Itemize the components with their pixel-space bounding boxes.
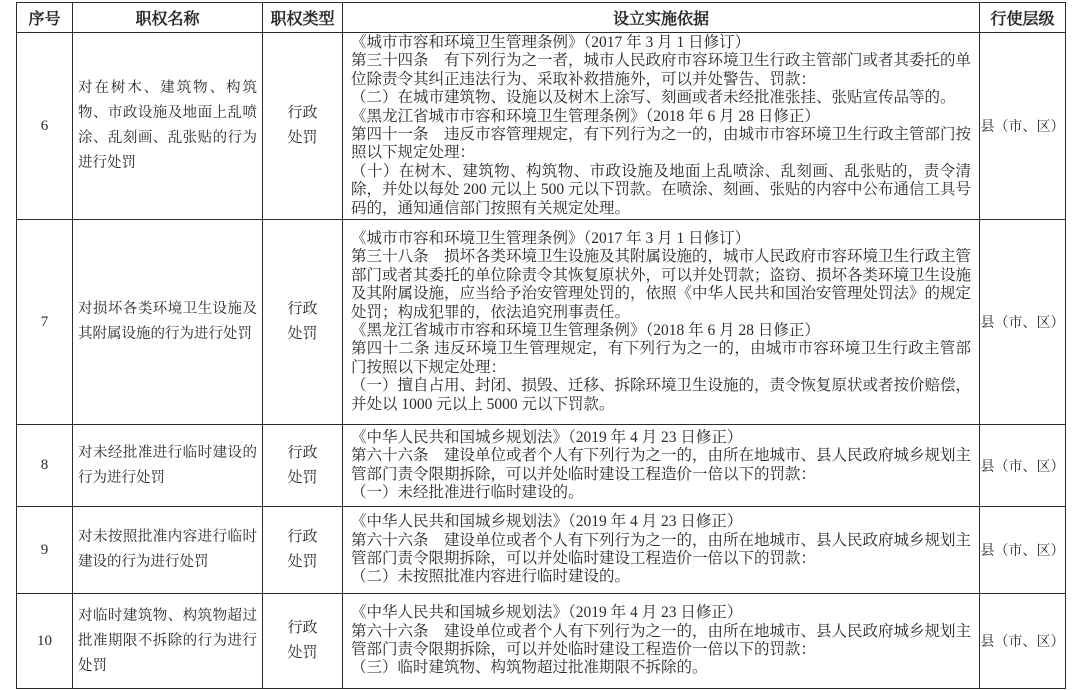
seq-cell: 9 [17,507,73,594]
document-page: 序号 职权名称 职权类型 设立实施依据 行使层级 6对在树木、建筑物、构筑物、市… [0,0,1080,689]
basis-line: （二）在城市建筑物、设施以及树木上涂写、刻画或者未经批准张挂、张贴宣传品等的。 [351,89,971,107]
type-cell: 行政处罚 [263,507,343,594]
table-row: 6对在树木、建筑物、构筑物、市政设施及地面上乱喷涂、乱刻画、乱张贴的行为进行处罚… [17,33,1066,220]
type-cell: 行政处罚 [263,220,343,425]
type-line: 行政 [263,441,342,466]
basis-line: （一）擅自占用、封闭、损毁、迁移、拆除环境卫生设施的，责令恢复原状或者按价赔偿，… [351,377,971,414]
basis-line: 《中华人民共和国城乡规划法》（2019 年 4 月 23 日修正） [351,513,971,531]
table-body: 6对在树木、建筑物、构筑物、市政设施及地面上乱喷涂、乱刻画、乱张贴的行为进行处罚… [17,33,1066,689]
basis-line: 第六十六条 建设单位或者个人有下列行为之一的，由所在地城市、县人民政府城乡规划主… [351,532,971,569]
header-row: 序号 职权名称 职权类型 设立实施依据 行使层级 [17,3,1066,33]
level-cell: 县（市、区） [980,220,1066,425]
table-row: 9对未按照批准内容进行临时建设的行为进行处罚行政处罚《中华人民共和国城乡规划法》… [17,507,1066,594]
table-row: 7对损坏各类环境卫生设施及其附属设施的行为进行处罚行政处罚《城市市容和环境卫生管… [17,220,1066,425]
basis-line: （一）未经批准进行临时建设的。 [351,484,971,502]
basis-line: （二）未按照批准内容进行临时建设的。 [351,568,971,586]
basis-line: 《黑龙江省城市市容和环境卫生管理条例》（2018 年 6 月 28 日修正） [351,322,971,340]
basis-cell: 《中华人民共和国城乡规划法》（2019 年 4 月 23 日修正）第六十六条 建… [343,507,980,594]
basis-line: 第四十二条 违反环境卫生管理规定，有下列行为之一的，由城市市容环境卫生行政主管部… [351,340,971,377]
name-cell: 对未按照批准内容进行临时建设的行为进行处罚 [73,507,263,594]
col-header-name: 职权名称 [73,3,263,33]
basis-line: （十）在树木、建筑物、构筑物、市政设施及地面上乱喷涂、乱刻画、乱张贴的，责令清除… [351,163,971,218]
level-cell: 县（市、区） [980,594,1066,689]
type-line: 行政 [263,616,342,641]
basis-cell: 《中华人民共和国城乡规划法》（2019 年 4 月 23 日修正）第六十六条 建… [343,594,980,689]
basis-line: 《城市市容和环境卫生管理条例》（2017 年 3 月 1 日修订） [351,230,971,248]
level-cell: 县（市、区） [980,425,1066,507]
basis-cell: 《中华人民共和国城乡规划法》（2019 年 4 月 23 日修正）第六十六条 建… [343,425,980,507]
type-line: 处罚 [263,550,342,575]
type-cell: 行政处罚 [263,33,343,220]
name-cell: 对未经批准进行临时建设的行为进行处罚 [73,425,263,507]
basis-line: 第三十四条 有下列行为之一者，城市人民政府市容环境卫生行政主管部门或者其委托的单… [351,52,971,89]
type-line: 行政 [263,101,342,126]
seq-cell: 7 [17,220,73,425]
col-header-basis: 设立实施依据 [343,3,980,33]
basis-cell: 《城市市容和环境卫生管理条例》（2017 年 3 月 1 日修订）第三十四条 有… [343,33,980,220]
type-line: 处罚 [263,126,342,151]
basis-line: （三）临时建筑物、构筑物超过批准期限不拆除的。 [351,659,971,677]
table-row: 8对未经批准进行临时建设的行为进行处罚行政处罚《中华人民共和国城乡规划法》（20… [17,425,1066,507]
type-line: 行政 [263,297,342,322]
basis-line: 《黑龙江省城市市容和环境卫生管理条例》（2018 年 6 月 28 日修正） [351,108,971,126]
level-cell: 县（市、区） [980,507,1066,594]
seq-cell: 10 [17,594,73,689]
table-row: 10对临时建筑物、构筑物超过批准期限不拆除的行为进行处罚行政处罚《中华人民共和国… [17,594,1066,689]
basis-line: 《城市市容和环境卫生管理条例》（2017 年 3 月 1 日修订） [351,34,971,52]
name-cell: 对临时建筑物、构筑物超过批准期限不拆除的行为进行处罚 [73,594,263,689]
level-cell: 县（市、区） [980,33,1066,220]
col-header-type: 职权类型 [263,3,343,33]
type-line: 行政 [263,525,342,550]
basis-line: 第三十八条 损坏各类环境卫生设施及其附属设施的，城市人民政府市容环境卫生行政主管… [351,248,971,322]
type-line: 处罚 [263,322,342,347]
col-header-level: 行使层级 [980,3,1066,33]
type-cell: 行政处罚 [263,425,343,507]
type-cell: 行政处罚 [263,594,343,689]
basis-cell: 《城市市容和环境卫生管理条例》（2017 年 3 月 1 日修订）第三十八条 损… [343,220,980,425]
basis-line: 第四十一条 违反市容管理规定，有下列行为之一的，由城市市容环境卫生行政主管部门按… [351,126,971,163]
name-cell: 对损坏各类环境卫生设施及其附属设施的行为进行处罚 [73,220,263,425]
name-cell: 对在树木、建筑物、构筑物、市政设施及地面上乱喷涂、乱刻画、乱张贴的行为进行处罚 [73,33,263,220]
basis-line: 第六十六条 建设单位或者个人有下列行为之一的，由所在地城市、县人民政府城乡规划主… [351,447,971,484]
seq-cell: 6 [17,33,73,220]
authority-table: 序号 职权名称 职权类型 设立实施依据 行使层级 6对在树木、建筑物、构筑物、市… [16,2,1066,689]
basis-line: 《中华人民共和国城乡规划法》（2019 年 4 月 23 日修正） [351,604,971,622]
type-line: 处罚 [263,466,342,491]
col-header-seq: 序号 [17,3,73,33]
basis-line: 第六十六条 建设单位或者个人有下列行为之一的，由所在地城市、县人民政府城乡规划主… [351,623,971,660]
seq-cell: 8 [17,425,73,507]
basis-line: 《中华人民共和国城乡规划法》（2019 年 4 月 23 日修正） [351,429,971,447]
type-line: 处罚 [263,641,342,666]
